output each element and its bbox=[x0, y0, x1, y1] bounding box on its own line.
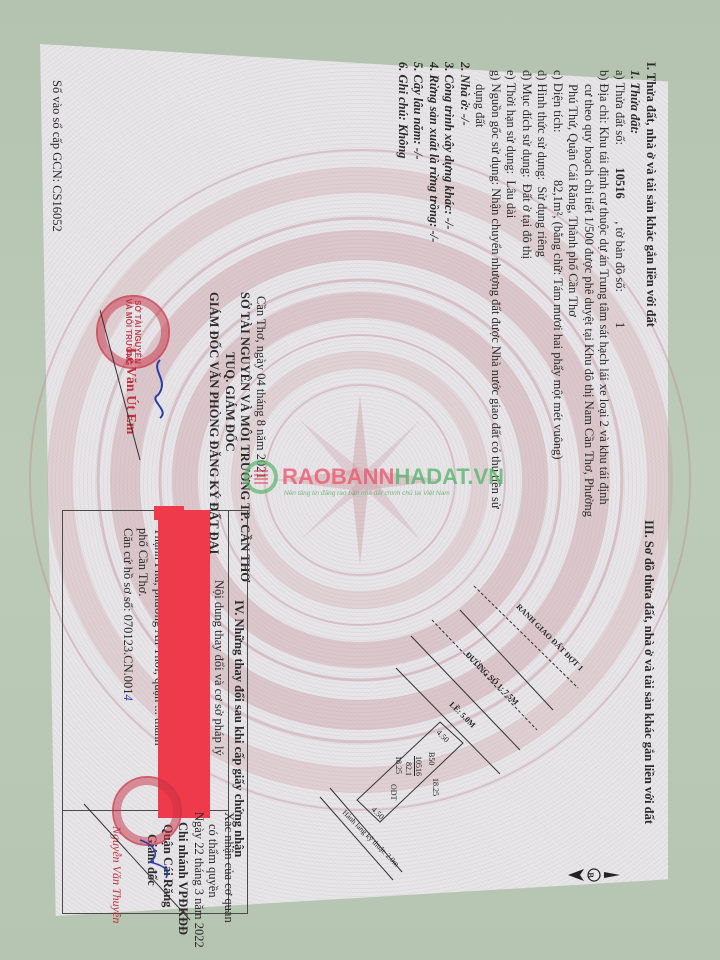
land-code: ODT bbox=[389, 784, 398, 800]
compass-letter: B bbox=[581, 869, 595, 881]
dossier-number-row: Căn cứ hồ sơ số: 070123.CN.0014 bbox=[120, 528, 136, 746]
parcel-number-plan: 10516 bbox=[414, 756, 423, 776]
dim-right: 18.25 bbox=[431, 778, 440, 796]
confirm-signature-stroke bbox=[80, 800, 200, 930]
side-code: B50 bbox=[427, 752, 436, 765]
col-confirm-header: Xác nhận của cơ quan có thẩm quyền bbox=[205, 812, 236, 923]
col-changes-header: Nội dung thay đổi và cơ sở pháp lý bbox=[211, 580, 227, 756]
dim-left: 18.25 bbox=[394, 756, 403, 774]
change-line-2: phố Cần Thơ. bbox=[135, 528, 151, 746]
redaction-block bbox=[158, 510, 210, 818]
label-boundary: RANH GIAO ĐẤT ĐỢT 1 bbox=[508, 600, 524, 691]
parcel-area-plan: 82.1 bbox=[404, 762, 413, 776]
